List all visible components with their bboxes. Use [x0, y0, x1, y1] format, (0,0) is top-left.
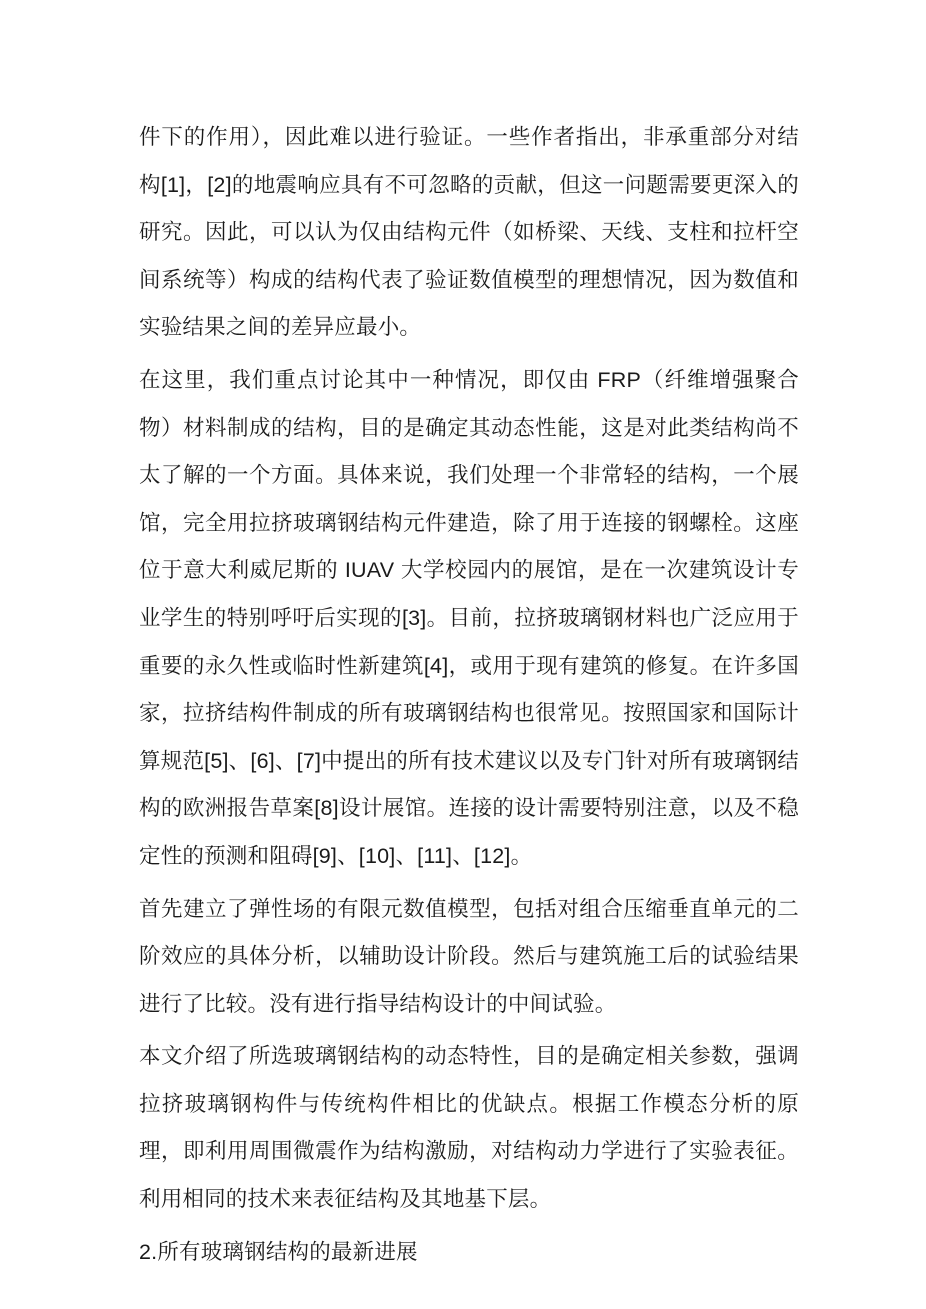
- paragraph-1: 件下的作用），因此难以进行验证。一些作者指出，非承重部分对结构[1]，[2]的地…: [139, 114, 799, 352]
- paragraph-4: 本文介绍了所选玻璃钢结构的动态特性，目的是确定相关参数，强调拉挤玻璃钢构件与传统…: [139, 1033, 799, 1223]
- document-page: 件下的作用），因此难以进行验证。一些作者指出，非承重部分对结构[1]，[2]的地…: [139, 114, 799, 1276]
- paragraph-2: 在这里，我们重点讨论其中一种情况，即仅由 FRP（纤维增强聚合物）材料制成的结构…: [139, 357, 799, 881]
- section-heading: 2.所有玻璃钢结构的最新进展: [139, 1229, 799, 1277]
- paragraph-3: 首先建立了弹性场的有限元数值模型，包括对组合压缩垂直单元的二阶效应的具体分析，以…: [139, 886, 799, 1029]
